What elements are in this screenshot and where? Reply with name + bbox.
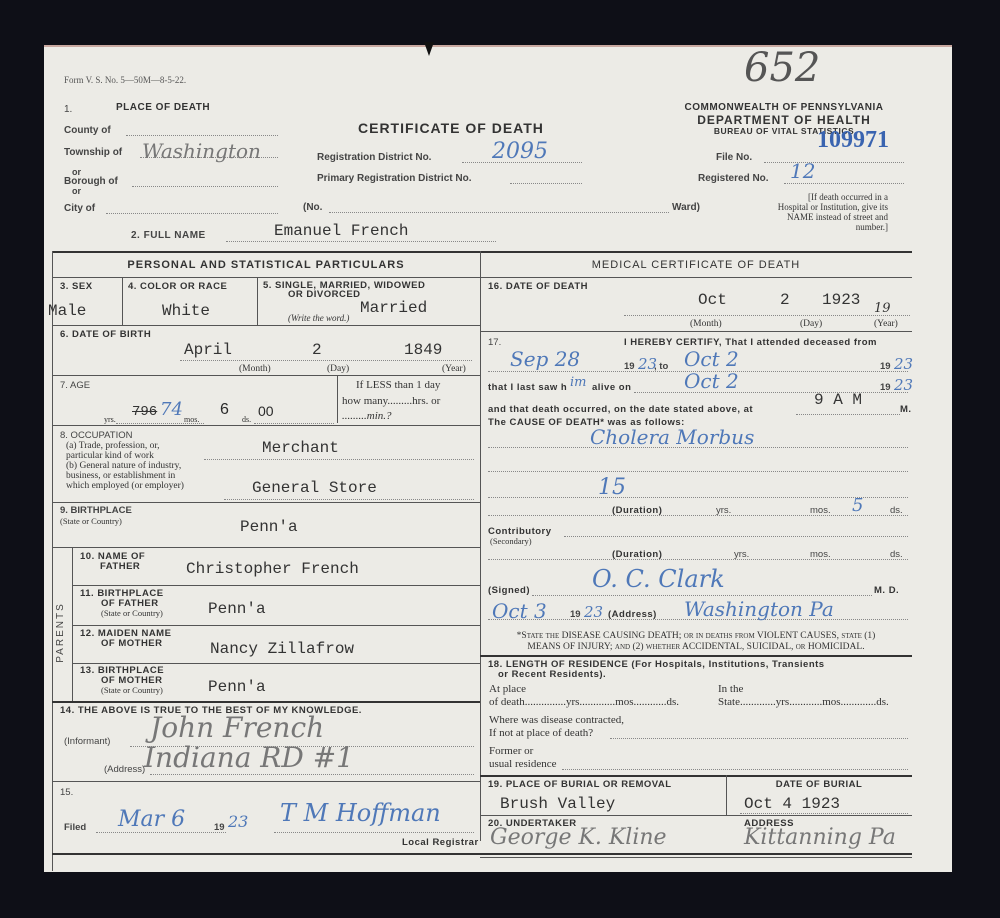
former-residence-label-2: usual residence — [489, 759, 557, 769]
burial-place-label: 19. PLACE OF BURIAL OR REMOVAL — [488, 779, 672, 790]
occupation-b-label: (b) General nature of industry, — [66, 461, 181, 471]
certify-text: I HEREBY CERTIFY, That I attended deceas… — [624, 337, 877, 348]
registrar-label: Local Registrar — [402, 837, 479, 848]
alive-on-label: alive on — [592, 382, 631, 393]
dob-month: April — [184, 341, 232, 359]
undertaker-address: Kittanning Pa — [744, 825, 896, 850]
or-label-2: or — [72, 186, 81, 196]
dob-year: 1849 — [404, 341, 442, 359]
death-time: 9 A M — [814, 391, 862, 409]
mother-name-label-2: OF MOTHER — [101, 638, 163, 649]
yrs-caption: yrs. — [104, 415, 116, 425]
top-notch — [424, 42, 434, 56]
registrar-signature: T M Hoffman — [280, 799, 441, 827]
occupation-a-value: Merchant — [262, 439, 339, 457]
form-number: Form V. S. No. 5—50M—8-5-22. — [64, 75, 186, 85]
cause-value: Cholera Morbus — [590, 425, 754, 449]
parents-side-label: PARENTS — [55, 602, 66, 663]
at-place-label-2: of death...............yrs.............m… — [489, 697, 679, 707]
reg-district-value: 2095 — [492, 139, 548, 164]
undertaker-value: George K. Kline — [490, 825, 667, 850]
sex-value: Male — [48, 302, 86, 320]
footnote-line-2: MEANS OF INJURY; and (2) whether ACCIDEN… — [480, 642, 912, 652]
at-place-label: At place — [489, 684, 526, 694]
city-label: City of — [64, 203, 95, 214]
alive-year: 23 — [894, 376, 913, 394]
dod-year-prefix: 19 — [874, 301, 891, 316]
burial-date-label: DATE OF BURIAL — [726, 779, 912, 790]
dod-day: 2 — [780, 291, 790, 309]
dod-month-caption: (Month) — [690, 319, 722, 329]
attended-from: Sep 28 — [510, 347, 580, 371]
physician-signature: O. C. Clark — [592, 565, 725, 593]
certify-number: 17. — [488, 337, 501, 348]
mother-bp-value: Penn'a — [208, 678, 266, 696]
secondary-label: (Secondary) — [490, 536, 532, 546]
handwritten-number: 652 — [744, 45, 820, 91]
reg-district-label: Registration District No. — [317, 152, 431, 163]
registered-no-value: 12 — [790, 159, 815, 183]
header-department: DEPARTMENT OF HEALTH — [664, 113, 904, 127]
md-label: M. D. — [874, 585, 899, 596]
birthplace-hint: (State or Country) — [60, 516, 122, 526]
in-state-label: In the — [718, 684, 743, 694]
father-bp-hint: (State or Country) — [101, 608, 163, 618]
burial-date-value: Oct 4 1923 — [744, 795, 840, 813]
file-no-label: File No. — [716, 152, 752, 163]
signed-year-prefix: 19 — [570, 609, 581, 620]
personal-section-title: PERSONAL AND STATISTICAL PARTICULARS — [52, 259, 480, 271]
street-no-label: (No. — [303, 202, 322, 213]
occupation-b-label-2: business, or establishment in — [66, 471, 175, 481]
place-of-death-title: PLACE OF DEATH — [116, 102, 210, 113]
death-occurred-label: and that death occurred, on the date sta… — [488, 404, 753, 415]
burial-place-value: Brush Valley — [500, 795, 615, 813]
father-bp-value: Penn'a — [208, 600, 266, 618]
age-years-struck: 796 — [132, 404, 157, 420]
full-name-label: 2. FULL NAME — [131, 230, 206, 241]
occupation-a-label-2: particular kind of work — [66, 451, 154, 461]
informant-address: Indiana RD #1 — [144, 741, 354, 774]
father-name-value: Christopher French — [186, 560, 359, 578]
marital-value: Married — [360, 299, 427, 317]
certificate-title: CERTIFICATE OF DEATH — [358, 120, 544, 136]
occupation-b-value: General Store — [252, 479, 377, 497]
age-years: 74 — [160, 399, 183, 420]
dod-label: 16. DATE OF DEATH — [488, 281, 588, 292]
dod-year-caption: (Year) — [874, 319, 898, 329]
medical-section-title: MEDICAL CERTIFICATE OF DEATH — [480, 259, 912, 271]
attended-to-year-prefix: 19 — [880, 361, 891, 372]
in-state-label-2: State.............yrs............mos....… — [718, 697, 889, 707]
dod-day-caption: (Day) — [800, 319, 822, 329]
to-label: , to — [654, 361, 668, 372]
ward-label: Ward) — [672, 202, 700, 213]
age-label: 7. AGE — [60, 380, 90, 391]
age-days: 00 — [258, 403, 274, 419]
less-than-day-3: .........min.? — [342, 411, 392, 421]
county-label: County of — [64, 125, 111, 136]
section-15-number: 15. — [60, 787, 73, 798]
residence-title-2: or Recent Residents). — [498, 669, 606, 680]
cause-extra: 15 — [598, 475, 626, 500]
header-commonwealth: COMMONWEALTH OF PENNSYLVANIA — [664, 102, 904, 113]
marital-label-2: OR DIVORCED — [288, 289, 361, 300]
signed-date: Oct 3 — [492, 599, 547, 623]
mos-caption: mos. — [184, 415, 199, 425]
physician-address-label: (Address) — [608, 609, 657, 620]
section-1-number: 1. — [64, 104, 72, 115]
address-label: (Address) — [104, 764, 145, 775]
primary-reg-label: Primary Registration District No. — [317, 173, 471, 184]
marital-hint: (Write the word.) — [288, 313, 349, 323]
attended-to-year: 23 — [894, 355, 913, 373]
dob-label: 6. DATE OF BIRTH — [60, 329, 151, 340]
month-caption: (Month) — [239, 364, 271, 374]
hospital-note: [If death occurred in a Hospital or Inst… — [776, 192, 888, 232]
informant-value: John French — [150, 711, 324, 744]
certificate-paper: Form V. S. No. 5—50M—8-5-22. 652 1. PLAC… — [44, 45, 952, 872]
dod-year: 1923 — [822, 291, 860, 309]
contracted-label: Where was disease contracted, — [489, 715, 624, 725]
duration-days: 5 — [852, 495, 863, 516]
race-label: 4. COLOR OR RACE — [128, 281, 227, 292]
birthplace-label: 9. BIRTHPLACE — [60, 505, 132, 516]
birthplace-value: Penn'a — [240, 518, 298, 536]
signed-label: (Signed) — [488, 585, 530, 596]
dod-month: Oct — [698, 291, 727, 309]
age-months: 6 — [220, 401, 229, 419]
year-caption: (Year) — [442, 364, 466, 374]
alive-on-value: Oct 2 — [684, 369, 739, 393]
occupation-b-label-3: which employed (or employer) — [66, 481, 184, 491]
full-name-value: Emanuel French — [274, 222, 408, 240]
attended-to: Oct 2 — [684, 347, 739, 371]
father-name-label-2: FATHER — [100, 561, 140, 572]
filed-year-prefix: 19 — [214, 822, 225, 833]
last-saw-label: that I last saw h — [488, 382, 567, 393]
physician-address: Washington Pa — [684, 597, 834, 621]
informant-label: (Informant) — [64, 736, 110, 747]
county-township-value: Washington — [142, 139, 261, 163]
contracted-label-2: If not at place of death? — [489, 728, 593, 738]
occupation-a-label: (a) Trade, profession, or, — [66, 441, 160, 451]
filed-label: Filed — [64, 822, 86, 833]
occupation-label: 8. OCCUPATION — [60, 430, 133, 441]
sex-label: 3. SEX — [60, 281, 93, 292]
footnote-line-1: *State the DISEASE CAUSING DEATH; or in … — [480, 631, 912, 641]
filed-value: Mar 6 — [118, 807, 185, 832]
mother-bp-hint: (State or Country) — [101, 685, 163, 695]
filed-year: 23 — [228, 812, 248, 831]
dob-day: 2 — [312, 341, 322, 359]
last-saw-pronoun: im — [570, 375, 587, 390]
less-than-day-1: If LESS than 1 day — [356, 380, 440, 390]
former-residence-label: Former or — [489, 746, 533, 756]
less-than-day-2: how many.........hrs. or — [342, 396, 440, 406]
attended-from-year-prefix: 19 — [624, 361, 635, 372]
signed-year: 23 — [584, 603, 603, 621]
township-label: Township of — [64, 147, 122, 158]
alive-year-prefix: 19 — [880, 382, 891, 393]
m-label: M. — [900, 404, 912, 415]
file-no-stamp: 109971 — [817, 127, 889, 154]
mother-name-value: Nancy Zillafrow — [210, 640, 354, 658]
day-caption: (Day) — [327, 364, 349, 374]
ds-caption: ds. — [242, 415, 251, 425]
registered-no-label: Registered No. — [698, 173, 769, 184]
race-value: White — [162, 302, 210, 320]
